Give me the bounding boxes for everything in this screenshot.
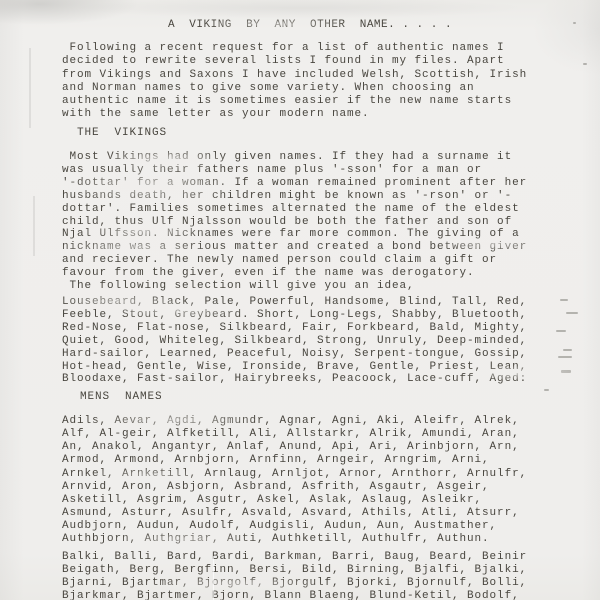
scan-artifact — [583, 63, 587, 65]
text-line: Beigath, Berg, Bergfinn, Bersi, Bild, Bi… — [62, 564, 527, 577]
text-line: '-dottar' for a woman. If a woman remain… — [62, 177, 527, 190]
text-line: Bloodaxe, Fast-sailor, Hairybreeks, Peac… — [62, 373, 527, 386]
text-line: Arnkel, Arnketill, Arnlaug, Arnljot, Arn… — [62, 468, 527, 481]
text-line: and reciever. The newly named person cou… — [62, 254, 527, 267]
paper-crease — [213, 556, 214, 600]
text-line: from Vikings and Saxons I have included … — [62, 69, 527, 82]
text-line: Alf, Al-geir, Alfketill, Ali, Allstarkr,… — [62, 428, 527, 441]
text-line: An, Anakol, Angantyr, Anlaf, Anund, Api,… — [62, 441, 527, 454]
scan-artifact — [563, 349, 572, 351]
text-line: Arnvid, Aron, Asbjorn, Asbrand, Asfrith,… — [62, 481, 527, 494]
text-line: The following selection will give you an… — [62, 280, 527, 293]
text-line: Lousebeard, Black, Pale, Powerful, Hands… — [62, 296, 527, 309]
text-line: Asketill, Asgrim, Asgutr, Askel, Aslak, … — [62, 494, 527, 507]
text-line: Authbjorn, Authgriar, Auti, Authketill, … — [62, 533, 527, 546]
vikings-paragraph: Most Vikings had only given names. If th… — [62, 151, 527, 293]
text-line: with the same letter as your modern name… — [62, 108, 527, 121]
text-line: child, thus Ulf Njalsson would be both t… — [62, 216, 527, 229]
text-line: Red-Nose, Flat-nose, Silkbeard, Fair, Fo… — [62, 322, 527, 335]
text-line: favour from the giver, even if the name … — [62, 267, 527, 280]
scan-streak — [29, 48, 31, 128]
scan-artifact — [560, 299, 568, 301]
section-heading-the-vikings: THE VIKINGS — [77, 127, 167, 140]
scan-artifact — [544, 389, 549, 391]
mens-names-list-a: Adils, Aevar, Agdi, Agmundr, Agnar, Agni… — [62, 415, 527, 547]
text-line: Asmund, Asturr, Asulfr, Asvald, Asvard, … — [62, 507, 527, 520]
intro-paragraph: Following a recent request for a list of… — [62, 42, 527, 122]
scanned-page: A VIKING BY ANY OTHER NAME. . . . . Foll… — [0, 0, 600, 600]
text-line: authentic name it is sometimes easier if… — [62, 95, 527, 108]
text-line: Njal Ulfsson. Nicknames were far more co… — [62, 228, 527, 241]
text-line: was usually their fathers name plus '-ss… — [62, 164, 527, 177]
scan-artifact — [566, 312, 578, 314]
text-line: and Norman names to give some variety. W… — [62, 82, 527, 95]
text-line: husbands death, her children might be kn… — [62, 190, 527, 203]
scan-streak — [33, 196, 35, 256]
scan-artifact — [561, 370, 571, 373]
text-line: dottar'. Families sometimes alternated t… — [62, 203, 527, 216]
text-line: nickname was a serious matter and create… — [62, 241, 527, 254]
text-line: Bjarni, Bjartmar, Bjorgolf, Bjorgulf, Bj… — [62, 577, 527, 590]
text-line: Armod, Armond, Arnbjorn, Arnfinn, Arngei… — [62, 454, 527, 467]
scan-artifact — [573, 22, 576, 24]
text-line: decided to rewrite several lists I found… — [62, 55, 527, 68]
text-line: Following a recent request for a list of… — [62, 42, 527, 55]
text-line: Hot-head, Gentle, Wise, Ironside, Brave,… — [62, 361, 527, 374]
text-line: Quiet, Good, Whiteleg, Silkbeard, Strong… — [62, 335, 527, 348]
text-line: Hard-sailor, Learned, Peaceful, Noisy, S… — [62, 348, 527, 361]
mens-names-list-b: Balki, Balli, Bard, Bardi, Barkman, Barr… — [62, 551, 527, 600]
text-line: Most Vikings had only given names. If th… — [62, 151, 527, 164]
section-heading-mens-names: MENS NAMES — [80, 391, 163, 404]
text-line: Bjarkmar, Bjartmer, Bjorn, Blann Blaeng,… — [62, 590, 527, 600]
scan-artifact — [556, 330, 566, 332]
text-line: Balki, Balli, Bard, Bardi, Barkman, Barr… — [62, 551, 527, 564]
text-line: Adils, Aevar, Agdi, Agmundr, Agnar, Agni… — [62, 415, 527, 428]
document-title: A VIKING BY ANY OTHER NAME. . . . . — [168, 19, 452, 32]
text-line: Feeble, Stout, Greybeard. Short, Long-Le… — [62, 309, 527, 322]
text-line: Audbjorn, Audun, Audolf, Audgisli, Audun… — [62, 520, 527, 533]
nickname-list: Lousebeard, Black, Pale, Powerful, Hands… — [62, 296, 527, 386]
scan-artifact — [558, 356, 572, 358]
